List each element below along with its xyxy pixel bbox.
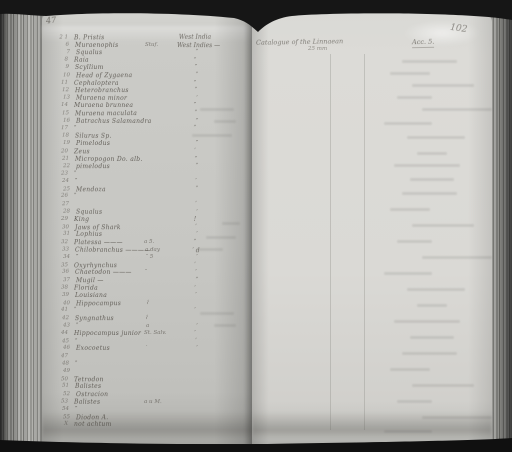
entry-row: 42 Syngnathus ⌇ [47, 315, 249, 323]
entry-row: 23 ″ [46, 170, 248, 179]
entry-row: 20 Zeus ′ [46, 147, 248, 156]
specimen-name: Hippocampus junior [74, 330, 141, 338]
row-number: 28 [54, 208, 70, 216]
locality-mark: ″ [177, 156, 215, 164]
specimen-name: Raia [74, 56, 89, 64]
row-number: 43 [54, 322, 70, 330]
catalogue-note: Catalogue of the Linnaean [256, 37, 343, 47]
specimen-name: not achtum [74, 421, 112, 429]
row-number: 30 [53, 224, 69, 232]
row-number: 37 [54, 277, 70, 285]
locality-mark: ″ [178, 186, 216, 194]
row-number: 13 [54, 94, 70, 102]
entry-row: 44 Hippocampus junior St. Salv. ′ [46, 330, 248, 338]
right-page: 102 Catalogue of the Linnaean 25 mm Acc.… [252, 12, 492, 444]
entry-row: 35 Oxyrhynchus ′ [46, 261, 248, 270]
row-number: 2 1 [52, 34, 68, 42]
specimen-name: Muraenophis [75, 41, 119, 49]
row-number: 54 [53, 406, 69, 414]
specimen-name: pimelodus [76, 163, 110, 171]
specimen-name: Pimelodus [76, 140, 110, 148]
row-number: 52 [54, 391, 70, 399]
locality-mark: ″ [178, 163, 216, 171]
locality-mark: ′ d [177, 247, 215, 255]
locality-mark: ″ [178, 118, 216, 126]
entry-row: 15 Muraena maculata ″ [47, 109, 249, 118]
specimen-name: Squalus [76, 208, 102, 216]
page-curl-shadow [252, 412, 492, 438]
entry-row: 55 Diodon A. [48, 413, 250, 422]
entry-row: 32 Platessa ——— a 5. ″ [46, 239, 248, 247]
locality-mark: ″ [178, 49, 216, 57]
row-annotation: ″ 5 [146, 254, 153, 262]
specimen-name: Zeus [74, 148, 90, 156]
specimen-name: Balistes [74, 398, 100, 406]
row-number: 44 [52, 330, 68, 338]
locality-mark: ″ [177, 87, 215, 95]
locality-mark: ′ [178, 95, 216, 103]
row-number: 18 [53, 132, 69, 140]
specimen-name: Exocoetus [76, 345, 110, 353]
entry-row: 43 ″ a ′ [48, 322, 250, 331]
specimen-name: ″ [75, 360, 78, 368]
locality-mark: ′ [176, 261, 214, 269]
note-measure: 25 mm [308, 46, 327, 52]
entry-row: 49 [48, 368, 250, 376]
entry-row: 28 Squalus ′ [48, 208, 250, 217]
entry-row: 46 Exocoetus ′ ′ [48, 345, 250, 353]
entry-row: 22 pimelodus ″ [48, 163, 250, 171]
specimen-name: Head of Zygaena [76, 72, 132, 80]
specimen-name: Muraena brunnea [74, 102, 133, 110]
row-annotation: Stuf. [145, 42, 158, 50]
entry-row: 27 ′ [47, 201, 249, 209]
entry-row: 10 Head of Zygaena ″ [48, 71, 250, 80]
specimen-name: Micropogon Do. alb. [75, 155, 143, 163]
specimen-name: ″ [75, 338, 78, 346]
entry-row: 19 Pimelodus ″ [48, 140, 250, 148]
locality-mark: ′ [177, 223, 215, 231]
row-annotation: ⌇ [145, 315, 148, 323]
row-number: 39 [53, 292, 69, 300]
locality-mark: ′ [177, 337, 215, 345]
entry-row: 21 Micropogon Do. alb. ″ [47, 155, 249, 163]
entry-row: 12 Heterobranchus ″ [47, 87, 249, 95]
specimen-name: Balistes [75, 383, 101, 391]
entry-row: 52 Ostracion [48, 391, 250, 399]
row-number: 36 [53, 269, 69, 277]
row-annotation: a 5. [144, 239, 154, 247]
entry-row: 11 Cephaloptera ″ [46, 79, 248, 87]
locality-mark: ′ [176, 307, 214, 315]
specimen-name: B. Pristis [74, 34, 105, 42]
background-speck [92, 1, 99, 6]
entry-row: 36 Chaetodon ——— ″ ′ [47, 269, 249, 277]
specimen-name: ″ [75, 178, 78, 186]
row-number: 19 [54, 140, 70, 148]
locality-mark: ′ [176, 285, 214, 293]
specimen-name: Squalus [76, 49, 102, 57]
row-number: X [52, 421, 68, 429]
row-annotation: a u M. [144, 398, 162, 406]
row-number: 47 [52, 353, 68, 361]
row-number: 8 [52, 56, 68, 64]
row-number: 34 [54, 254, 70, 262]
entry-row: 45 ″ ′ [47, 337, 249, 346]
row-number: 27 [53, 201, 69, 209]
row-number: 48 [53, 360, 69, 368]
column-rule [330, 54, 331, 430]
specimen-name: Hippocampus [76, 300, 121, 308]
specimen-name: ″ [76, 322, 79, 330]
row-number: 9 [53, 64, 69, 72]
specimen-name: Heterobranchus [75, 87, 129, 95]
entry-row: 54 ″ [47, 406, 249, 414]
specimen-name: Oxyrhynchus [74, 262, 117, 270]
specimen-name: ″ [74, 170, 77, 178]
specimen-name: ″ [76, 254, 79, 262]
page-sheen [402, 20, 482, 46]
entry-row: 17 ″ ″ [46, 125, 248, 133]
row-number: 40 [54, 300, 70, 308]
locality-mark: ′ [176, 148, 214, 156]
row-number: 20 [52, 148, 68, 156]
row-number: 29 [52, 216, 68, 224]
row-number: 22 [54, 163, 70, 171]
entry-row: 47 [46, 353, 248, 361]
entry-row: 13 Muraena minor ′ [48, 94, 250, 103]
locality-mark: ′ [177, 292, 215, 300]
column-rule [364, 54, 365, 430]
row-number: 24 [53, 178, 69, 186]
locality-mark: ″ [178, 72, 216, 80]
entry-row: 41 ″ ′ [46, 307, 248, 315]
entry-row: X not achtum [46, 421, 248, 429]
locality-mark: ″ [176, 80, 214, 88]
entry-row: 26 ″ [46, 193, 248, 201]
specimen-name: ″ [74, 193, 77, 201]
row-number: 21 [53, 155, 69, 163]
row-number: 15 [53, 110, 69, 118]
accession-label: Acc. 5. [412, 38, 434, 48]
page-fold-highlight [42, 26, 252, 42]
row-number: 14 [52, 102, 68, 110]
row-number: 7 [54, 49, 70, 57]
specimen-name: Ostracion [76, 391, 108, 399]
row-number: 32 [52, 239, 68, 247]
entry-rows: 2 1 B. Pristis West India 6 Muraenophis … [46, 34, 248, 429]
row-number: 16 [54, 117, 70, 125]
entry-row: 25 Mendoza ″ [48, 185, 250, 194]
specimen-name: Platessa ——— [74, 239, 123, 247]
row-annotation: St. Salv. [144, 330, 166, 338]
row-number: 42 [53, 315, 69, 323]
row-number: 51 [53, 383, 69, 391]
row-number: 49 [54, 368, 70, 376]
entry-row: 33 Chilobranchus ———— a day ′ d [47, 246, 249, 255]
row-annotation: ′ [146, 345, 147, 353]
row-annotation: a [146, 323, 149, 331]
locality-mark: ″ [176, 239, 214, 247]
locality-mark: ″ [176, 102, 214, 110]
locality-mark: ! [176, 216, 214, 224]
entry-row: 34 ″ ″ 5 ′ [48, 254, 250, 262]
locality-mark: ′ [178, 323, 216, 331]
specimen-name: Batrachus Salamandra [76, 117, 152, 125]
locality-mark: ′ [176, 330, 214, 338]
row-number: 55 [54, 414, 70, 422]
specimen-name: Muraena minor [76, 94, 127, 102]
entry-row: 51 Balistes [47, 383, 249, 391]
row-number: 38 [52, 284, 68, 292]
locality-mark: ″ [177, 110, 215, 118]
entry-row: 2 1 B. Pristis West India [46, 33, 248, 42]
specimen-name: Lophius [76, 231, 102, 239]
locality-mark: ″ [178, 277, 216, 285]
specimen-name: Mendoza [76, 186, 106, 194]
locality-mark: ′ [178, 345, 216, 353]
locality-mark: West Indies — [177, 42, 215, 50]
specimen-name: Tetrodon [74, 376, 104, 384]
entry-row: 16 Batrachus Salamandra ″ [48, 117, 250, 125]
row-number: 46 [54, 345, 70, 353]
specimen-name: Muraena maculata [75, 110, 137, 118]
specimen-name: Chilobranchus ———— [75, 246, 151, 254]
row-number: 41 [52, 307, 68, 315]
row-number: 12 [53, 87, 69, 95]
entry-row: 40 Hippocampus ⌇ [48, 299, 250, 308]
locality-mark: ″ [176, 57, 214, 65]
row-number: 33 [53, 246, 69, 254]
locality-mark: West India [176, 34, 214, 42]
entry-row: 30 Jaws of Shark ′ [47, 223, 249, 232]
specimen-name: ″ [75, 406, 78, 414]
specimen-name: ″ [74, 125, 77, 133]
row-number: 26 [52, 193, 68, 201]
page-edges-left [0, 6, 44, 444]
locality-mark: ″ [177, 64, 215, 72]
entry-row: 38 Florida ′ [46, 284, 248, 293]
locality-mark: ″ [176, 125, 214, 133]
locality-mark: ′ [178, 209, 216, 217]
specimen-name: Cephaloptera [74, 79, 119, 87]
row-annotation: ″ [145, 269, 147, 277]
entry-row: 31 Lophius ′ [48, 231, 250, 239]
folio-number-left: 47 [46, 15, 57, 25]
entry-row: 8 Raia ″ [46, 56, 248, 65]
row-number: 50 [52, 376, 68, 384]
row-number: 11 [52, 79, 68, 87]
folio-number-right: 102 [449, 23, 467, 35]
specimen-name: Silurus Sp. [75, 132, 112, 140]
row-number: 31 [54, 231, 70, 239]
background-object [258, 0, 346, 9]
row-number: 17 [52, 125, 68, 133]
entry-row: 6 Muraenophis Stuf. West Indies — [47, 41, 249, 49]
specimen-name: Diodon A. [76, 414, 109, 422]
entry-row: 9 Scyllium ″ [47, 64, 249, 72]
specimen-name: Scyllium [75, 64, 104, 72]
row-number: 10 [54, 72, 70, 80]
row-number: 53 [52, 398, 68, 406]
row-annotation: ⌇ [146, 300, 149, 308]
specimen-name: Syngnathus [75, 315, 114, 323]
entry-row: 48 ″ [47, 360, 249, 369]
entry-row: 39 Louisiana ′ [47, 292, 249, 300]
row-number: 35 [52, 262, 68, 270]
locality-mark: ′ [177, 178, 215, 186]
specimen-name: Florida [74, 284, 98, 292]
specimen-name: ″ [74, 307, 77, 315]
specimen-name: Louisiana [75, 292, 107, 300]
entry-row: 7 Squalus ″ [48, 49, 250, 57]
specimen-name: Jaws of Shark [75, 224, 121, 232]
locality-mark: ″ [178, 140, 216, 148]
entry-row: 24 ″ ′ [47, 178, 249, 186]
entry-row: 14 Muraena brunnea ″ [46, 102, 248, 110]
locality-mark: ′ [177, 269, 215, 277]
row-number: 6 [53, 41, 69, 49]
locality-mark: ′ [178, 254, 216, 262]
specimen-name: King [74, 216, 89, 224]
entry-row: 18 Silurus Sp. [47, 132, 249, 141]
entry-row: 50 Tetrodon [46, 375, 248, 384]
locality-mark: ′ [178, 232, 216, 240]
ledger-book-scan: 47 2 1 B. Pristis West India 6 Muraenoph… [0, 0, 512, 452]
entry-row: 53 Balistes a u M. [46, 398, 248, 407]
left-page: 47 2 1 B. Pristis West India 6 Muraenoph… [42, 12, 252, 444]
row-number: 25 [54, 186, 70, 194]
locality-mark: ′ [177, 201, 215, 209]
row-number: 23 [52, 170, 68, 178]
entry-row: 29 King ! [46, 216, 248, 224]
page-curl-shadow [42, 412, 252, 438]
specimen-name: Chaetodon ——— [75, 269, 132, 277]
row-annotation: a day [145, 247, 160, 255]
specimen-name: Mugil — [76, 277, 104, 285]
entry-row: 37 Mugil — ″ [48, 277, 250, 285]
row-number: 45 [53, 338, 69, 346]
